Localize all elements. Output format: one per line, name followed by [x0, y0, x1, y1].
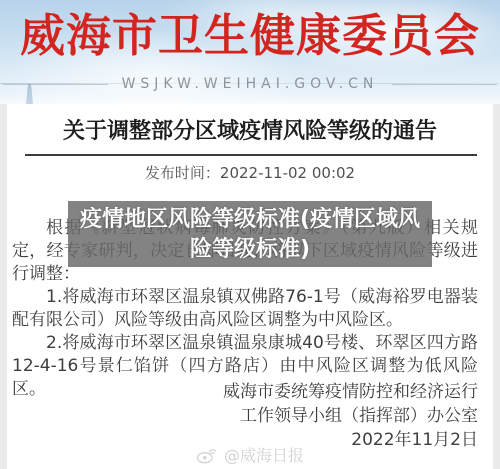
watermark-text: @威海日报	[224, 443, 304, 466]
publish-time: 发布时间：2022-11-02 00:02	[0, 162, 500, 183]
website-row: WSJKW.WEIHAI.GOV.CN	[0, 76, 500, 92]
notice-page: 威海市卫生健康委员会 WSJKW.WEIHAI.GOV.CN 关于调整部分区域疫…	[0, 0, 500, 469]
publish-time-value: 2022-11-02 00:02	[220, 164, 355, 182]
website-url: WSJKW.WEIHAI.GOV.CN	[122, 76, 379, 92]
org-name-title: 威海市卫生健康委员会	[0, 10, 500, 62]
paragraph-item-1: 1.将威海市环翠区温泉镇双佛路76-1号（威海裕罗电器装配有限公司）风险等级由高…	[12, 286, 478, 332]
title-divider	[25, 154, 477, 156]
watermark: @威海日报	[0, 443, 500, 466]
signature-line-2: 工作领导小组（指挥部）办公室	[223, 404, 478, 428]
page-edge-right	[493, 104, 500, 469]
publish-time-label: 发布时间：	[145, 164, 220, 182]
article-title: 关于调整部分区域疫情风险等级的通告	[10, 117, 490, 147]
decorative-line-right	[392, 84, 497, 85]
weibo-icon	[196, 446, 218, 464]
overlay-caption: 疫情地区风险等级标准(疫情区域风险等级标准)	[68, 201, 432, 267]
page-edge-left	[0, 104, 7, 469]
signature-line-1: 威海市委统筹疫情防控和经济运行	[223, 380, 478, 404]
decorative-line-left	[3, 84, 108, 85]
signature-block: 威海市委统筹疫情防控和经济运行 工作领导小组（指挥部）办公室 2022年11月2…	[223, 380, 478, 452]
